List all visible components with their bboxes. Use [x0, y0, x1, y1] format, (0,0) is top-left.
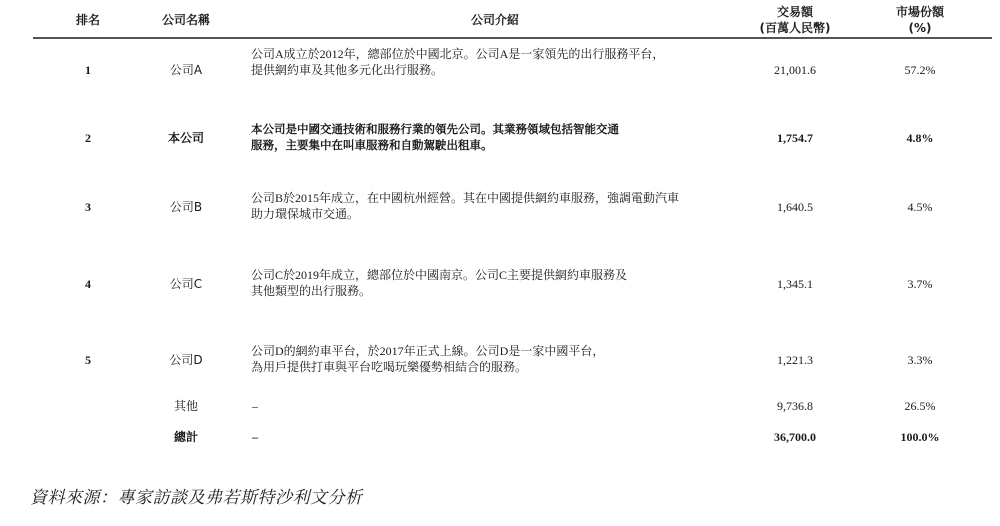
description-line: 公司C於2019年成立，總部位於中國南京。公司C主要提供網約車服務及: [251, 267, 741, 283]
description-cell: –: [252, 429, 258, 445]
amount-cell: 1,640.5: [752, 199, 838, 215]
description-cell: –: [252, 398, 258, 414]
amount-cell: 9,736.8: [752, 398, 838, 414]
share-cell: 100.0%: [880, 429, 960, 445]
description-cell: 公司C於2019年成立，總部位於中國南京。公司C主要提供網約車服務及 其他類型的…: [251, 267, 741, 299]
share-cell: 4.5%: [880, 199, 960, 215]
company-cell: 總計: [145, 429, 227, 445]
company-cell: 本公司: [150, 130, 222, 146]
description-cell: 本公司是中國交通技術和服務行業的領先公司。其業務領域包括智能交通 服務，主要集中…: [251, 121, 741, 153]
rank-cell: 2: [60, 130, 116, 146]
rank-cell: 1: [60, 62, 116, 78]
header-amount-line1: 交易額: [745, 4, 845, 20]
description-line: 公司A成立於2012年，總部位於中國北京。公司A是一家領先的出行服務平台，: [251, 46, 741, 62]
header-share: 市場份額 (%): [870, 4, 970, 36]
description-line: 本公司是中國交通技術和服務行業的領先公司。其業務領域包括智能交通: [251, 121, 741, 137]
amount-cell: 36,700.0: [752, 429, 838, 445]
header-amount: 交易額 (百萬人民幣): [745, 4, 845, 36]
company-cell: 其他: [145, 398, 227, 414]
rank-cell: 5: [60, 352, 116, 368]
description-line: 其他類型的出行服務。: [251, 283, 741, 299]
amount-cell: 1,754.7: [752, 130, 838, 146]
company-cell: 公司C: [150, 276, 222, 292]
amount-cell: 1,345.1: [752, 276, 838, 292]
description-line: 助力環保城市交通。: [251, 206, 741, 222]
description-cell: 公司B於2015年成立，在中國杭州經營。其在中國提供網約車服務，強調電動汽車 助…: [251, 190, 741, 222]
header-rank: 排名: [60, 12, 116, 28]
description-line: 提供網約車及其他多元化出行服務。: [251, 62, 741, 78]
description-line: 為用戶提供打車與平台吃喝玩樂優勢相結合的服務。: [251, 359, 741, 375]
description-cell: 公司D的網約車平台，於2017年正式上線。公司D是一家中國平台， 為用戶提供打車…: [251, 343, 741, 375]
share-cell: 4.8%: [880, 130, 960, 146]
source-note: 資料來源：專家訪談及弗若斯特沙利文分析: [30, 483, 363, 508]
share-cell: 26.5%: [880, 398, 960, 414]
description-line: 服務，主要集中在叫車服務和自動駕駛出租車。: [251, 137, 741, 153]
company-cell: 公司A: [150, 62, 222, 78]
description-line: 公司B於2015年成立，在中國杭州經營。其在中國提供網約車服務，強調電動汽車: [251, 190, 741, 206]
share-cell: 57.2%: [880, 62, 960, 78]
amount-cell: 1,221.3: [752, 352, 838, 368]
rank-cell: 3: [60, 199, 116, 215]
header-description: 公司介紹: [420, 12, 570, 28]
company-cell: 公司D: [150, 352, 222, 368]
header-share-line1: 市場份額: [870, 4, 970, 20]
header-rule: [33, 37, 992, 39]
description-cell: 公司A成立於2012年，總部位於中國北京。公司A是一家領先的出行服務平台， 提供…: [251, 46, 741, 78]
amount-cell: 21,001.6: [752, 62, 838, 78]
description-line: 公司D的網約車平台，於2017年正式上線。公司D是一家中國平台，: [251, 343, 741, 359]
rank-cell: 4: [60, 276, 116, 292]
header-amount-line2: (百萬人民幣): [745, 20, 845, 36]
share-cell: 3.3%: [880, 352, 960, 368]
header-company: 公司名稱: [145, 12, 227, 28]
share-cell: 3.7%: [880, 276, 960, 292]
company-cell: 公司B: [150, 199, 222, 215]
header-share-line2: (%): [870, 20, 970, 36]
